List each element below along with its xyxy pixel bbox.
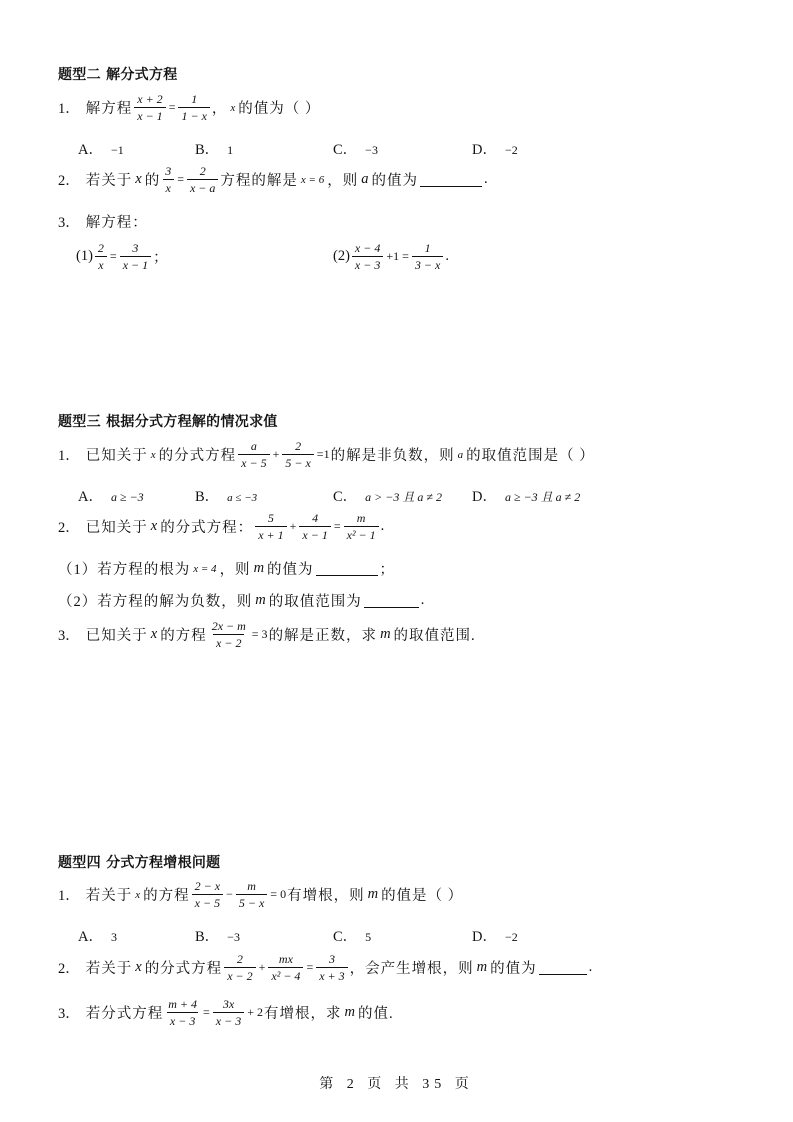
question-4-1: 1． 若关于 x 的方程 2 − xx − 5 − m5 − x = 0 有增根… <box>58 880 463 909</box>
fraction: 5x + 1 <box>255 512 286 541</box>
fraction: ax − 5 <box>238 440 269 469</box>
fraction: 11 − x <box>178 93 209 122</box>
question-3-2-sub1: （1）若方程的根为 x = 4 ，则 m 的值为 ； <box>58 558 394 579</box>
question-number: 1． <box>58 97 80 118</box>
question-text: 解方程 <box>86 97 133 118</box>
fraction: 2 − xx − 5 <box>192 880 223 909</box>
option-b[interactable]: B．1 <box>195 138 233 159</box>
fraction: 2x <box>95 242 107 271</box>
answer-blank[interactable] <box>539 960 587 975</box>
option-c[interactable]: C．5 <box>333 925 371 946</box>
option-d[interactable]: D．−2 <box>472 138 518 159</box>
fraction: x − 4x − 3 <box>352 242 383 271</box>
option-a[interactable]: A．a ≥ −3 <box>78 485 144 506</box>
question-4-2: 2． 若关于 x 的分式方程 2x − 2 + mxx² − 4 = 3x + … <box>58 953 592 982</box>
section-heading-type2: 题型二 解分式方程 <box>58 64 178 84</box>
option-d[interactable]: D．a ≥ −3 且 a ≠ 2 <box>472 485 580 506</box>
fraction: 2x − 2 <box>224 953 255 982</box>
section-heading-type3: 题型三 根据分式方程解的情况求值 <box>58 411 278 431</box>
question-2-3-part1: (1) 2x = 3x − 1 ； <box>76 242 168 271</box>
fraction: 2x − mx − 2 <box>209 620 249 649</box>
fraction: 3x + 3 <box>316 953 347 982</box>
fraction: 4x − 1 <box>299 512 330 541</box>
answer-blank[interactable] <box>420 172 482 187</box>
question-2-3-part2: (2) x − 4x − 3 +1 = 13 − x . <box>333 242 449 271</box>
answer-blank[interactable] <box>364 593 419 608</box>
question-3-1: 1． 已知关于 x 的分式方程 ax − 5 + 25 − x =1 的解是非负… <box>58 440 595 469</box>
fraction: 2x − a <box>187 165 218 194</box>
fraction: 13 − x <box>412 242 443 271</box>
question-3-2-sub2: （2）若方程的解为负数，则 m 的取值范围为 . <box>58 590 424 611</box>
option-c[interactable]: C．a > −3 且 a ≠ 2 <box>333 485 442 506</box>
question-3-2: 2． 已知关于 x 的分式方程： 5x + 1 + 4x − 1 = mx² −… <box>58 512 384 541</box>
option-a[interactable]: A．3 <box>78 925 117 946</box>
option-c[interactable]: C．−3 <box>333 138 378 159</box>
fraction: m + 4x − 3 <box>165 998 200 1027</box>
section-heading-type4: 题型四 分式方程增根问题 <box>58 852 220 872</box>
fraction: 25 − x <box>282 440 313 469</box>
fraction: mxx² − 4 <box>268 953 303 982</box>
question-2-3: 3． 解方程： <box>58 211 148 232</box>
fraction: x + 2x − 1 <box>134 93 165 122</box>
fraction: 3xx − 3 <box>213 998 244 1027</box>
question-3-3: 3． 已知关于 x 的方程 2x − mx − 2 = 3 的解是正数，求 m … <box>58 620 476 649</box>
option-d[interactable]: D．−2 <box>472 925 518 946</box>
question-2-2: 2． 若关于 x 的 3x = 2x − a 方程的解是 x = 6 ，则 a … <box>58 165 488 194</box>
question-2-1: 1． 解方程 x + 2x − 1 = 11 − x ， x 的值为（ ） <box>58 93 320 122</box>
page-footer: 第 2 页 共 35 页 <box>0 1073 793 1093</box>
fraction: 3x <box>162 165 174 194</box>
question-4-3: 3． 若分式方程 m + 4x − 3 = 3xx − 3 + 2 有增根，求 … <box>58 998 394 1027</box>
option-a[interactable]: A．−1 <box>78 138 124 159</box>
fraction: mx² − 1 <box>344 512 379 541</box>
question-text: 的值为（ ） <box>238 97 320 118</box>
answer-blank[interactable] <box>316 561 378 576</box>
option-b[interactable]: B．−3 <box>195 925 240 946</box>
fraction: m5 − x <box>236 880 267 909</box>
fraction: 3x − 1 <box>120 242 151 271</box>
option-b[interactable]: B．a ≤ −3 <box>195 485 257 506</box>
